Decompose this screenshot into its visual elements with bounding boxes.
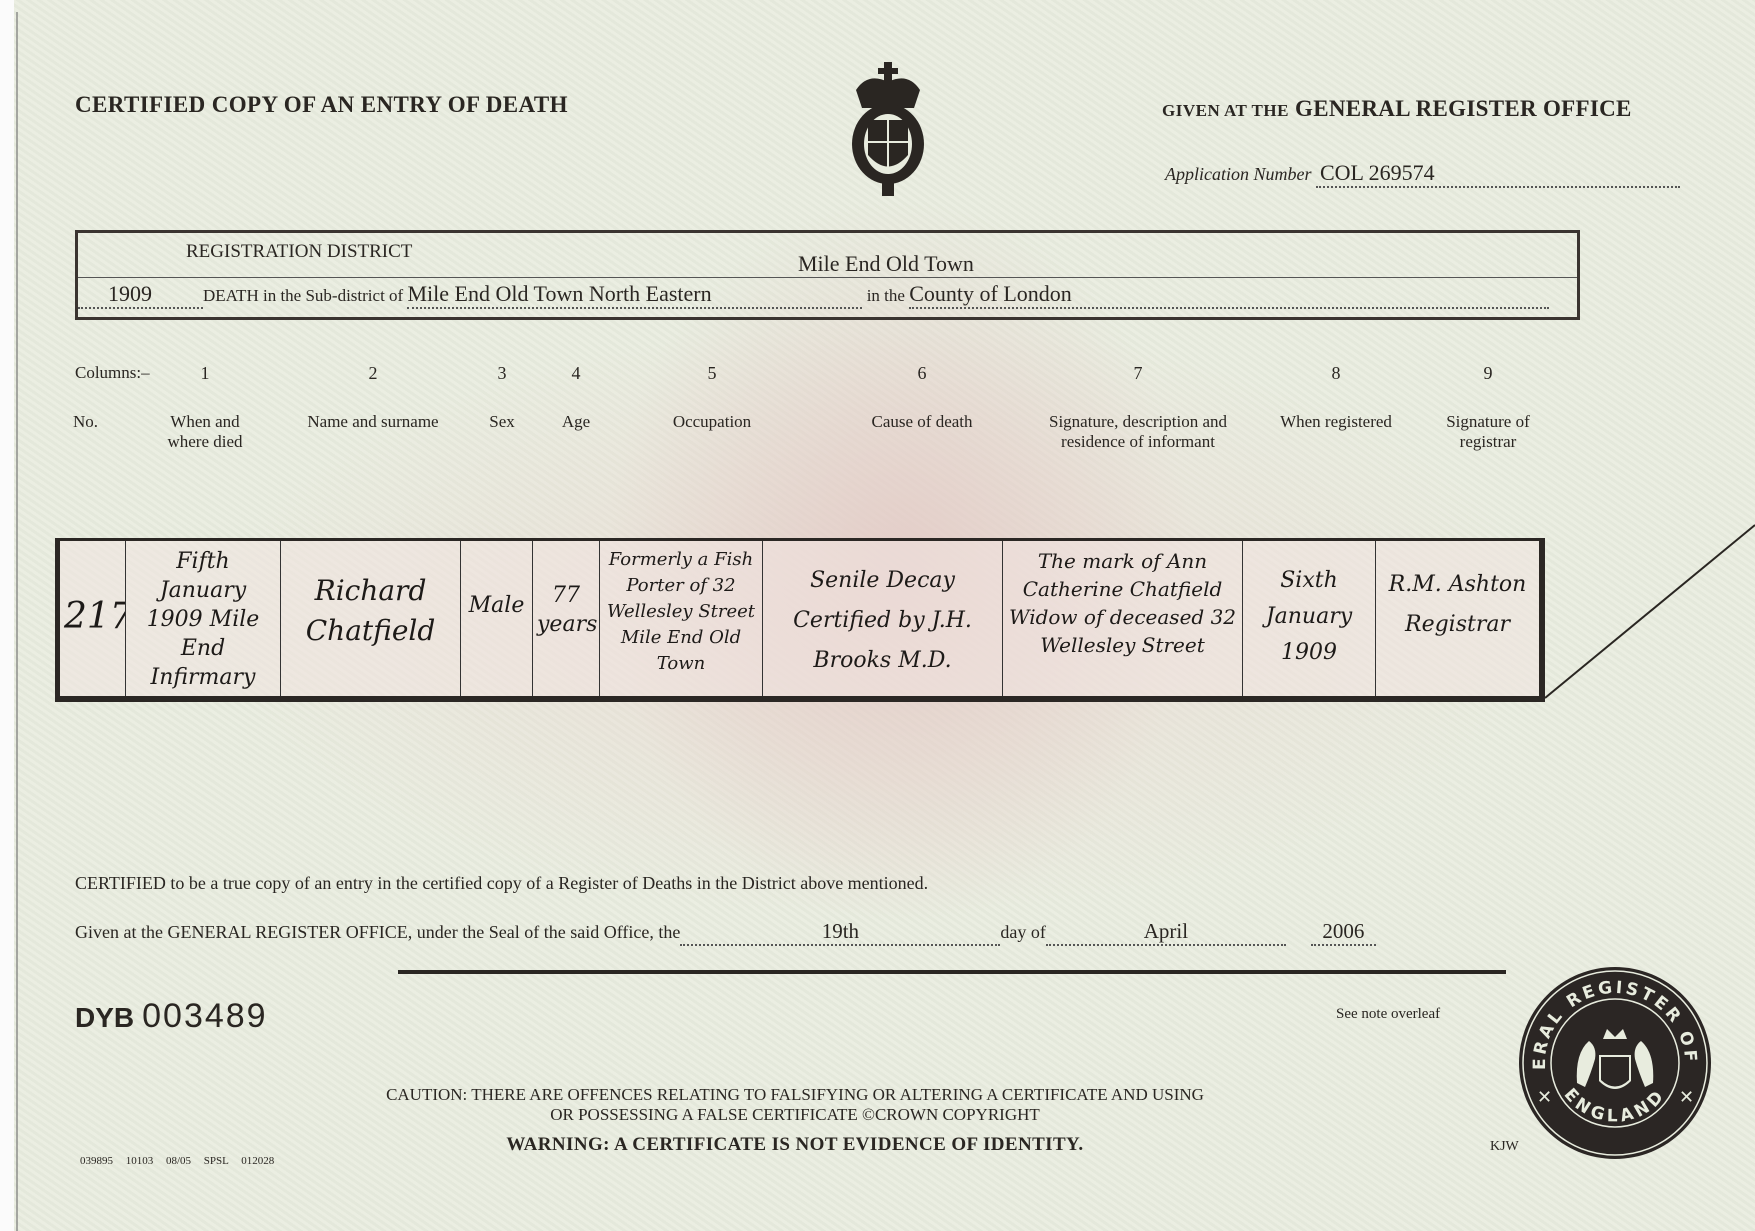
subdistrict-label: DEATH in the Sub-district of [203,286,403,305]
scan-edge [0,0,14,1231]
given-statement: Given at the GENERAL REGISTER OFFICE, un… [75,919,1376,946]
death-entry-row: 217 Fifth January 1909 Mile End Infirmar… [55,538,1545,702]
column-header: No. [73,412,133,432]
divider [398,970,1506,974]
column-header: When and where died [150,412,260,452]
county-label: in the [867,286,905,305]
serial-digits: 003489 [142,997,267,1035]
office-heading: GIVEN AT THE GENERAL REGISTER OFFICE [1162,96,1632,122]
column-number: 8 [1296,363,1376,384]
column-header: Cause of death [807,412,1037,432]
entry-registrar: R.M. Ashton Registrar [1376,541,1539,696]
column-number: 6 [882,363,962,384]
registration-box: REGISTRATION DISTRICT Mile End Old Town … [75,230,1580,320]
svg-text:✕: ✕ [1537,1087,1552,1108]
entry-cause: Senile Decay Certified by J.H. Brooks M.… [763,541,1003,696]
entry-number: 217 [60,541,126,696]
serial-number: DYB003489 [75,997,268,1036]
caution-text: CAUTION: THERE ARE OFFENCES RELATING TO … [385,1085,1205,1125]
scan-edge-line [16,12,18,1231]
entry-when-registered: Sixth January 1909 [1243,541,1376,696]
subdistrict: Mile End Old Town North Eastern [407,281,862,309]
column-header: Occupation [597,412,827,432]
warning-text: WARNING: A CERTIFICATE IS NOT EVIDENCE O… [385,1134,1205,1156]
application-label: Application Number [1165,164,1312,184]
registration-district: Mile End Old Town [798,251,974,277]
registration-year: 1909 [78,281,203,309]
gro-seal-icon: GENERAL REGISTER OFFICE ENGLAND ✕ ✕ [1515,963,1715,1163]
serial-prefix: DYB [75,1002,134,1033]
certified-month: April [1046,919,1286,946]
registration-district-label: REGISTRATION DISTRICT [186,241,412,263]
column-header: Signature, description and residence of … [1023,412,1253,452]
day-of-label: day of [1000,922,1045,942]
entry-when-where: Fifth January 1909 Mile End Infirmary [126,541,281,696]
given-at-label: GIVEN AT THE [1162,101,1289,120]
columns-label: Columns:– [75,363,150,383]
entry-age: 77 years [533,541,600,696]
column-header: When registered [1276,412,1396,432]
column-number: 3 [462,363,542,384]
application-number-row: Application Number COL 269574 [1165,160,1680,188]
column-number: 2 [333,363,413,384]
entry-name: Richard Chatfield [281,541,461,696]
column-number: 1 [165,363,245,384]
column-number: 5 [672,363,752,384]
certificate-title: CERTIFIED COPY OF AN ENTRY OF DEATH [75,92,568,118]
column-number: 4 [536,363,616,384]
county: County of London [909,281,1549,309]
entry-informant: The mark of Ann Catherine Chatfield Wido… [1003,541,1243,696]
column-number: 9 [1448,363,1528,384]
print-codes: 039895 10103 08/05 SPSL 012028 [80,1155,274,1167]
office-name: GENERAL REGISTER OFFICE [1295,96,1632,121]
entry-sex: Male [461,541,533,696]
given-text: Given at the GENERAL REGISTER OFFICE, un… [75,922,680,942]
column-number: 7 [1098,363,1178,384]
subdistrict-row: 1909DEATH in the Sub-district of Mile En… [78,281,1577,315]
see-note-overleaf: See note overleaf [1336,1006,1440,1023]
certified-day: 19th [680,919,1000,946]
royal-crest-icon [848,60,928,200]
certified-year: 2006 [1311,919,1376,946]
column-header: Signature of registrar [1428,412,1548,452]
entry-occupation: Formerly a Fish Porter of 32 Wellesley S… [600,541,763,696]
certified-statement: CERTIFIED to be a true copy of an entry … [75,873,928,894]
application-number: COL 269574 [1316,160,1680,188]
svg-text:✕: ✕ [1679,1087,1694,1108]
cancel-diagonal-line [1540,520,1755,710]
